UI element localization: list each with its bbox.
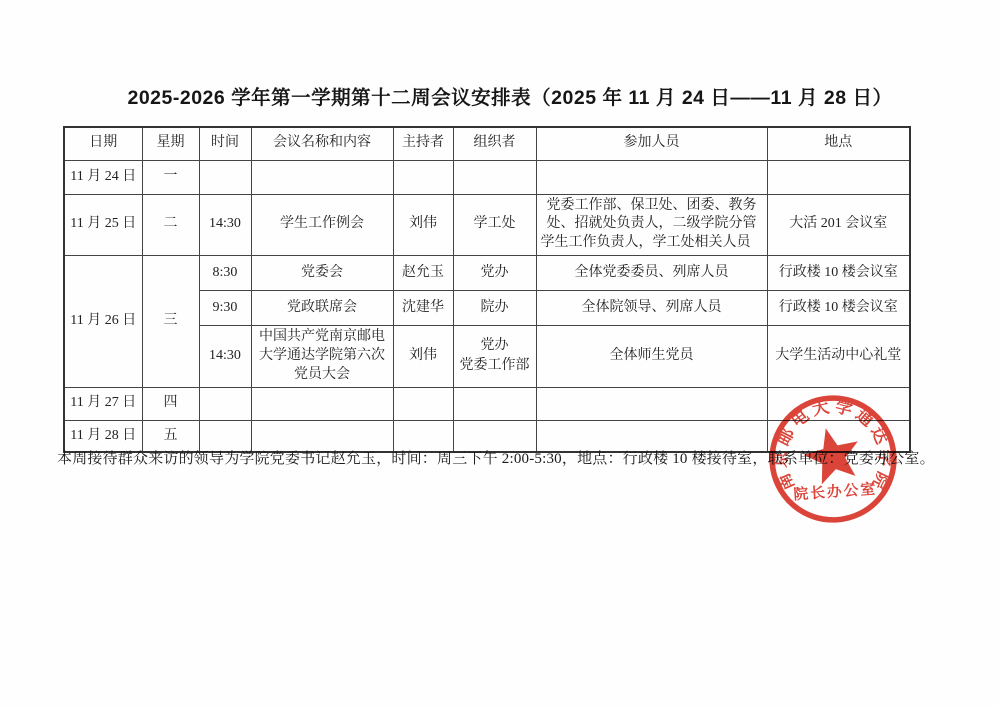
cell-meeting: [251, 387, 393, 420]
official-seal: 南京邮电大学通达学院 院长办公室: [759, 385, 906, 532]
header-cell-time: 时间: [199, 127, 251, 160]
cell-location: 大学生活动中心礼堂: [767, 326, 910, 388]
cell-date: 11 月 24 日: [64, 160, 142, 194]
cell-time: 8:30: [199, 256, 251, 291]
cell-organizer: 党办: [453, 256, 536, 291]
table-row: 11 月 25 日 二 14:30 学生工作例会 刘伟 学工处 党委工作部、保卫…: [64, 194, 910, 256]
seal-bottom-text: 院长办公室: [793, 480, 878, 504]
cell-participants: 党委工作部、保卫处、团委、教务处、招就处负责人，二级学院分管学生工作负责人，学工…: [536, 194, 767, 256]
cell-location: 行政楼 10 楼会议室: [767, 256, 910, 291]
header-cell-host: 主持者: [393, 127, 453, 160]
cell-meeting: 党政联席会: [251, 291, 393, 326]
page-title: 2025-2026 学年第一学期第十二周会议安排表（2025 年 11 月 24…: [80, 82, 940, 110]
cell-organizer: [453, 160, 536, 194]
table-row: 11 月 24 日 一: [64, 160, 910, 194]
table-row: 11 月 26 日 三 8:30 党委会 赵允玉 党办 全体党委委员、列席人员 …: [64, 256, 910, 291]
cell-meeting: [251, 160, 393, 194]
cell-time: 14:30: [199, 194, 251, 256]
header-cell-participants: 参加人员: [536, 127, 767, 160]
cell-date: 11 月 27 日: [64, 387, 142, 420]
cell-date: 11 月 26 日: [64, 256, 142, 388]
header-cell-date: 日期: [64, 127, 142, 160]
header-cell-meeting: 会议名称和内容: [251, 127, 393, 160]
cell-meeting: 党委会: [251, 256, 393, 291]
cell-organizer: 党办 党委工作部: [453, 326, 536, 388]
cell-organizer: 院办: [453, 291, 536, 326]
cell-date: 11 月 25 日: [64, 194, 142, 256]
cell-location: 行政楼 10 楼会议室: [767, 291, 910, 326]
cell-meeting: 学生工作例会: [251, 194, 393, 256]
table-header-row: 日期 星期 时间 会议名称和内容 主持者 组织者 参加人员 地点: [64, 127, 910, 160]
cell-location: 大活 201 会议室: [767, 194, 910, 256]
cell-host: 沈建华: [393, 291, 453, 326]
cell-organizer: 学工处: [453, 194, 536, 256]
document-page: 2025-2026 学年第一学期第十二周会议安排表（2025 年 11 月 24…: [0, 0, 999, 706]
cell-time: [199, 160, 251, 194]
cell-location: [767, 160, 910, 194]
cell-time: 9:30: [199, 291, 251, 326]
cell-week: 二: [142, 194, 199, 256]
cell-participants: 全体党委委员、列席人员: [536, 256, 767, 291]
organizer-line: 党办: [481, 337, 509, 356]
cell-participants: 全体院领导、列席人员: [536, 291, 767, 326]
cell-week: 三: [142, 256, 199, 388]
cell-participants: 全体师生党员: [536, 326, 767, 388]
cell-week: 一: [142, 160, 199, 194]
cell-host: 赵允玉: [393, 256, 453, 291]
cell-host: 刘伟: [393, 194, 453, 256]
header-cell-organizer: 组织者: [453, 127, 536, 160]
header-cell-week: 星期: [142, 127, 199, 160]
cell-participants: [536, 160, 767, 194]
cell-meeting: 中国共产党南京邮电大学通达学院第六次党员大会: [251, 326, 393, 388]
cell-host: [393, 160, 453, 194]
cell-time: [199, 387, 251, 420]
header-cell-location: 地点: [767, 127, 910, 160]
star-icon: [799, 422, 866, 487]
cell-host: [393, 387, 453, 420]
cell-week: 四: [142, 387, 199, 420]
cell-participants: [536, 387, 767, 420]
cell-time: 14:30: [199, 326, 251, 388]
cell-host: 刘伟: [393, 326, 453, 388]
cell-organizer: [453, 387, 536, 420]
organizer-line: 党委工作部: [460, 357, 530, 376]
